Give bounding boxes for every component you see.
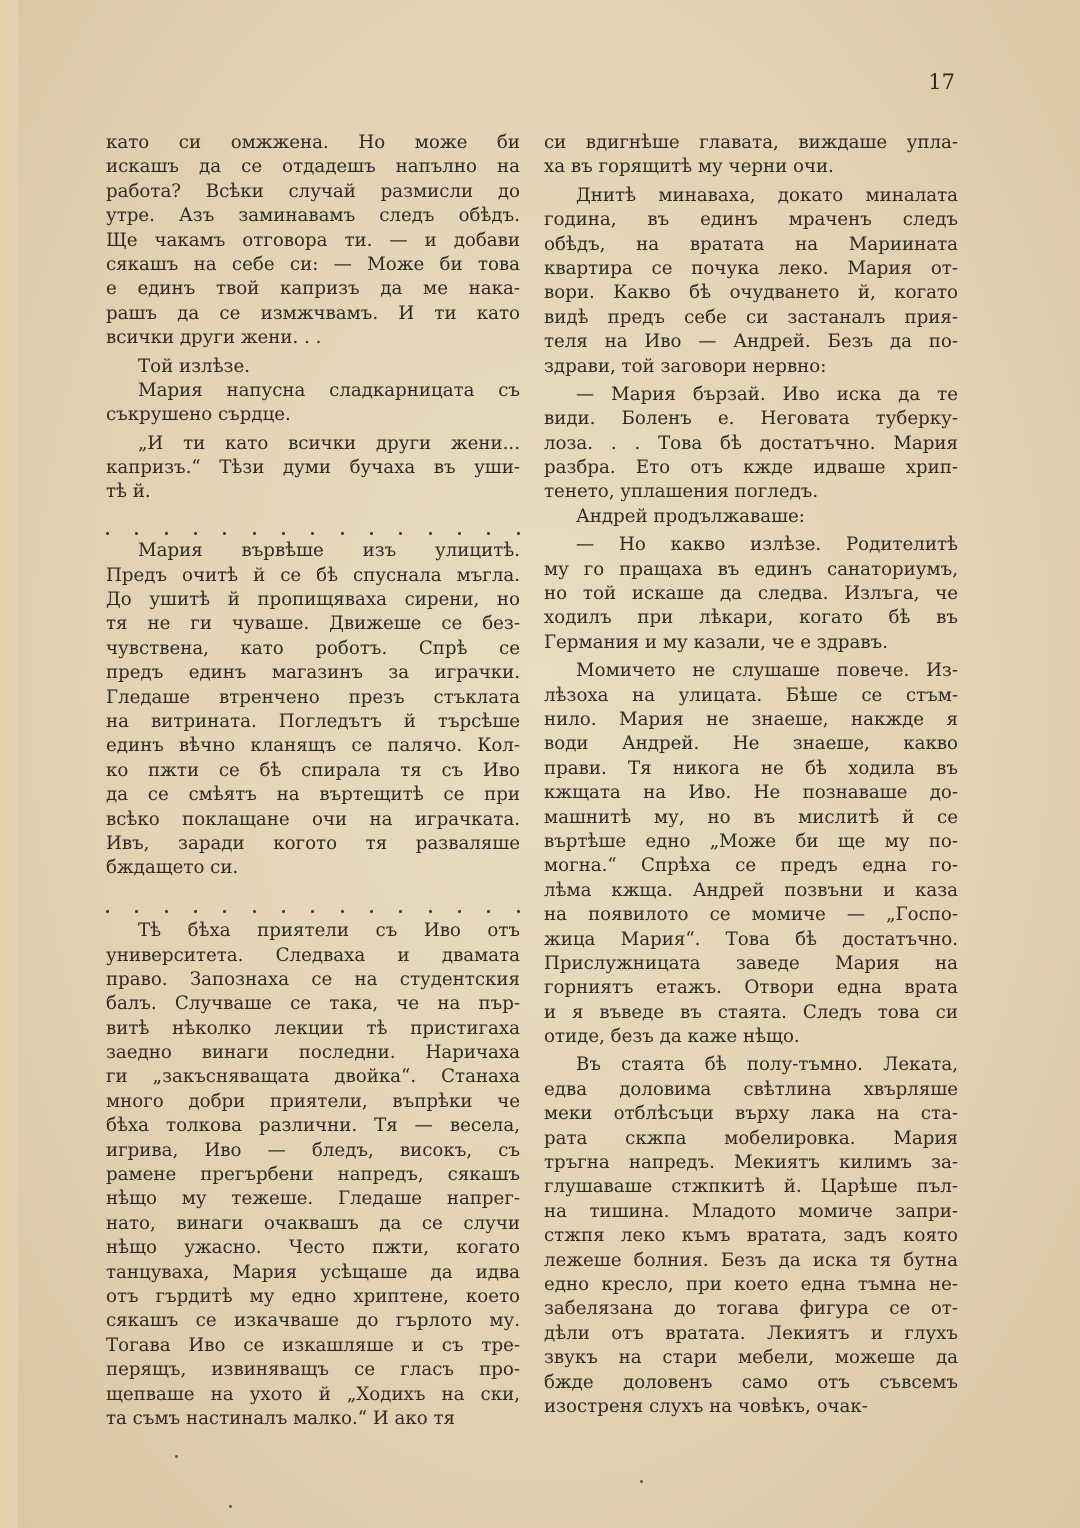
text-line: Германия и му казали, че е здравъ. xyxy=(544,631,958,655)
text-line: теля на Иво — Андрей. Безъ да по- xyxy=(544,330,958,354)
text-line: рата скжпа мобелировка. Мария xyxy=(544,1127,958,1151)
paragraph: Момичето не слушаше повече. Из-лѣзоха на… xyxy=(544,659,958,1049)
text-line: чувствена, като роботъ. Спрѣ се xyxy=(106,637,520,661)
text-line: на тишина. Младото момиче запри- xyxy=(544,1200,958,1224)
text-line: стжпя леко къмъ вратата, задъ която xyxy=(544,1224,958,1248)
dot xyxy=(253,910,256,913)
text-line: отиде, безъ да каже нѣщо. xyxy=(544,1025,958,1049)
dot xyxy=(458,532,461,535)
text-line: работа? Всѣки случай размисли до xyxy=(106,180,520,204)
text-line: вори. Какво бѣ очудването й, когато xyxy=(544,281,958,305)
text-line: съкрушено сърдце. xyxy=(106,403,520,427)
dot xyxy=(517,910,520,913)
text-line: Прислужницата заведе Мария на xyxy=(544,952,958,976)
text-line: отъ гърдитѣ му едно хриптене, което xyxy=(106,1285,520,1309)
page-edge xyxy=(0,0,18,1528)
text-line: — Мария бързай. Иво иска да те xyxy=(544,383,958,407)
text-line: До ушитѣ й пропищяваха сирени, но xyxy=(106,588,520,612)
text-line: та съмъ настиналъ малко.“ И ако тя xyxy=(106,1407,520,1431)
text-line: ходилъ при лѣкари, когато бѣ въ xyxy=(544,606,958,630)
text-line: на появилото се момиче — „Госпо- xyxy=(544,903,958,927)
text-line: Андрей продължаваше: xyxy=(544,505,958,529)
paragraph: — Мария бързай. Иво иска да тевиди. Боле… xyxy=(544,383,958,505)
text-line: глушаваше стжпкитѣ й. Царѣше пъл- xyxy=(544,1175,958,1199)
text-line: жица Мария“. Това бѣ достатъчно. xyxy=(544,928,958,952)
dot xyxy=(165,532,168,535)
paper-speck xyxy=(229,1505,232,1508)
text-line: предъ единъ магазинъ за играчки. xyxy=(106,661,520,685)
text-line: машнитѣ му, но въ мислитѣ й се xyxy=(544,806,958,830)
right-column: си вдигнѣше главата, виждаше упла-ха въ … xyxy=(544,131,958,1419)
dot xyxy=(370,910,373,913)
dot xyxy=(282,910,285,913)
text-line: прави. Тя никога не бѣ ходила въ xyxy=(544,757,958,781)
dot xyxy=(311,910,314,913)
paper-speck xyxy=(175,1455,178,1458)
dot xyxy=(429,532,432,535)
paragraph: си вдигнѣше главата, виждаше упла-ха въ … xyxy=(544,131,958,180)
paper-speck xyxy=(640,1480,643,1483)
text-line: видѣ предъ себе си застаналъ прия- xyxy=(544,306,958,330)
text-line: университета. Следваха и двамата xyxy=(106,944,520,968)
text-line: перящъ, извиняващъ се гласъ про- xyxy=(106,1358,520,1382)
text-line: Тогава Иво се изкашляше и съ тре- xyxy=(106,1334,520,1358)
text-line: сякашъ на себе си: — Може би това xyxy=(106,253,520,277)
text-line: ха въ горящитѣ му черни очи. xyxy=(544,155,958,179)
text-line: Ивъ, заради когото тя разваляше xyxy=(106,832,520,856)
text-line: Ще чакамъ отговора ти. — и добави xyxy=(106,229,520,253)
dot xyxy=(458,910,461,913)
text-line: балъ. Случваше се така, че на пър- xyxy=(106,992,520,1016)
text-line: всѣко поклащане очи на играчката. xyxy=(106,808,520,832)
text-line: всички други жени. . . xyxy=(106,326,520,350)
dot xyxy=(106,532,109,535)
text-line: въртѣше едно „Може би ще му по- xyxy=(544,830,958,854)
text-line: си вдигнѣше главата, виждаше упла- xyxy=(544,131,958,155)
dot xyxy=(341,910,344,913)
text-line: едва доловима свѣтлина хвърляше xyxy=(544,1078,958,1102)
dot xyxy=(194,532,197,535)
dot xyxy=(165,910,168,913)
text-line: игрива, Иво — бледъ, високъ, съ xyxy=(106,1139,520,1163)
text-line: разбра. Ето отъ кжде идваше хрип- xyxy=(544,456,958,480)
text-line: ги „закъсняващата двойка“. Станаха xyxy=(106,1065,520,1089)
text-line: заедно винаги последни. Наричаха xyxy=(106,1041,520,1065)
text-line: сякашъ се изкачваше до гърлото му. xyxy=(106,1309,520,1333)
text-line: лѣзоха на улицата. Бѣше се стъм- xyxy=(544,684,958,708)
text-line: много добри приятели, въпрѣки че xyxy=(106,1090,520,1114)
text-line: тя не ги чуваше. Движеше се без- xyxy=(106,612,520,636)
text-line: рашъ да се измжчвамъ. И ти като xyxy=(106,302,520,326)
text-line: лежеше болния. Безъ да иска тя бутна xyxy=(544,1249,958,1273)
text-line: да се смѣятъ на въртещитѣ се при xyxy=(106,783,520,807)
text-line: на витрината. Погледътъ й търсѣше xyxy=(106,710,520,734)
section-separator-dots xyxy=(106,883,520,917)
paragraph: Тѣ бѣха приятели съ Иво отъуниверситета.… xyxy=(106,919,520,1431)
dot xyxy=(370,532,373,535)
text-line: нѣщо му тежеше. Гледаше напрег- xyxy=(106,1187,520,1211)
text-line: но той искаше да следва. Излъга, че xyxy=(544,582,958,606)
text-line: Гледаше втренчено презъ стъклата xyxy=(106,686,520,710)
dot xyxy=(399,910,402,913)
text-line: Момичето не слушаше повече. Из- xyxy=(544,659,958,683)
text-line: право. Запознаха се на студентския xyxy=(106,968,520,992)
text-line: ко пжти се бѣ спирала тя съ Иво xyxy=(106,759,520,783)
text-line: Мария напусна сладкарницата съ xyxy=(106,379,520,403)
text-line: единъ вѣчно кланящъ се палячо. Кол- xyxy=(106,734,520,758)
text-line: Мария вървѣше изъ улицитѣ. xyxy=(106,539,520,563)
text-line: витѣ нѣколко лекции тѣ пристигаха xyxy=(106,1017,520,1041)
text-line: види. Боленъ е. Неговата туберку- xyxy=(544,407,958,431)
dot xyxy=(106,910,109,913)
dot xyxy=(399,532,402,535)
dot xyxy=(253,532,256,535)
text-line: година, въ единъ мраченъ следъ xyxy=(544,208,958,232)
text-line: Той излѣзе. xyxy=(106,355,520,379)
text-line: бждащето си. xyxy=(106,856,520,880)
text-line: капризъ.“ Тѣзи думи бучаха въ уши- xyxy=(106,456,520,480)
section-separator-dots xyxy=(106,505,520,539)
text-line: утре. Азъ заминавамъ следъ обѣдъ. xyxy=(106,204,520,228)
text-line: и я въведе въ стаята. Следъ това си xyxy=(544,1001,958,1025)
text-line: като си омжжена. Но може би xyxy=(106,131,520,155)
text-line: могна.“ Спрѣха се предъ една го- xyxy=(544,854,958,878)
text-line: звукъ на стари мебели, можеше да xyxy=(544,1346,958,1370)
dot xyxy=(341,532,344,535)
text-line: тѣ й. xyxy=(106,480,520,504)
paragraph: Днитѣ минаваха, докато миналатагодина, в… xyxy=(544,184,958,379)
paragraph: Мария напусна сладкарницата съсъкрушено … xyxy=(106,379,520,428)
dot xyxy=(429,910,432,913)
dot xyxy=(223,532,226,535)
text-line: бѣха толкова различни. Тя — весела, xyxy=(106,1114,520,1138)
left-column: като си омжжена. Но може биискашъ да се … xyxy=(106,131,520,1431)
paragraph: Въ стаята бѣ полу-тъмно. Леката,едва дол… xyxy=(544,1053,958,1419)
text-line: „И ти като всички други жени... xyxy=(106,432,520,456)
text-line: щепваше на ухото й „Ходихъ на ски, xyxy=(106,1383,520,1407)
paragraph: Той излѣзе. xyxy=(106,355,520,379)
text-line: води Андрей. Не знаеше, какво xyxy=(544,732,958,756)
dot xyxy=(135,910,138,913)
text-line: — Но какво излѣзе. Родителитѣ xyxy=(544,533,958,557)
text-line: нило. Мария не знаеше, накжде я xyxy=(544,708,958,732)
text-line: здрави, той заговори нервно: xyxy=(544,355,958,379)
text-line: искашъ да се отдадешъ напълно на xyxy=(106,155,520,179)
dot xyxy=(487,532,490,535)
text-line: изостреня слухъ на човѣкъ, очак- xyxy=(544,1395,958,1419)
text-line: горниятъ етажъ. Отвори една врата xyxy=(544,976,958,1000)
text-line: танцуваха, Мария усѣщаше да идва xyxy=(106,1261,520,1285)
text-line: Тѣ бѣха приятели съ Иво отъ xyxy=(106,919,520,943)
text-line: кжщата на Иво. Не познаваше до- xyxy=(544,781,958,805)
dot xyxy=(223,910,226,913)
text-line: Предъ очитѣ й се бѣ спуснала мъгла. xyxy=(106,564,520,588)
text-line: квартира се почука леко. Мария от- xyxy=(544,257,958,281)
dot xyxy=(517,532,520,535)
text-line: обѣдъ, на вратата на Мариината xyxy=(544,233,958,257)
paragraph: Мария вървѣше изъ улицитѣ.Предъ очитѣ й … xyxy=(106,539,520,880)
paragraph: като си омжжена. Но може биискашъ да се … xyxy=(106,131,520,351)
dot xyxy=(311,532,314,535)
dot xyxy=(487,910,490,913)
text-line: е единъ твой капризъ да ме нака- xyxy=(106,277,520,301)
text-line: меки отблѣсъци върху лака на ста- xyxy=(544,1102,958,1126)
text-line: лѣма кжща. Андрей позвъни и каза xyxy=(544,879,958,903)
text-line: тръгна напредъ. Мекиятъ килимъ за- xyxy=(544,1151,958,1175)
text-line: Въ стаята бѣ полу-тъмно. Леката, xyxy=(544,1053,958,1077)
text-line: лоза. . . Това бѣ достатъчно. Мария xyxy=(544,432,958,456)
page-number: 17 xyxy=(925,70,955,94)
text-line: Днитѣ минаваха, докато миналата xyxy=(544,184,958,208)
text-line: нато, винаги очаквашъ да се случи xyxy=(106,1212,520,1236)
dot xyxy=(282,532,285,535)
text-line: дѣли отъ вратата. Лекиятъ и глухъ xyxy=(544,1322,958,1346)
text-line: бжде доловенъ само отъ съвсемъ xyxy=(544,1371,958,1395)
text-line: нѣщо ужасно. Често пжти, когато xyxy=(106,1236,520,1260)
text-line: му го пращаха въ единъ санаториумъ, xyxy=(544,558,958,582)
text-line: забелязана до тогава фигура се от- xyxy=(544,1297,958,1321)
dot xyxy=(135,532,138,535)
dot xyxy=(194,910,197,913)
text-line: едно кресло, при което една тъмна не- xyxy=(544,1273,958,1297)
text-line: тенето, уплашения погледъ. xyxy=(544,480,958,504)
paragraph: — Но какво излѣзе. Родителитѣму го праща… xyxy=(544,533,958,655)
text-line: рамене прегърбени напредъ, сякашъ xyxy=(106,1163,520,1187)
paragraph: Андрей продължаваше: xyxy=(544,505,958,529)
paragraph: „И ти като всички други жени...капризъ.“… xyxy=(106,432,520,505)
